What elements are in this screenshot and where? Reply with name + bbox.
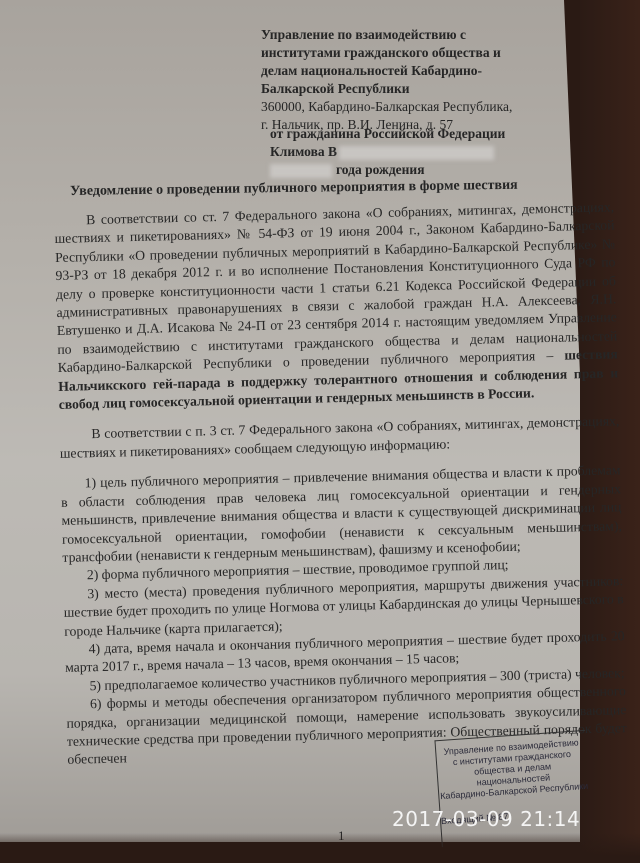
addressee-line: институтами гражданского общества и	[261, 44, 512, 62]
addressee-address: 360000, Кабардино-Балкарская Республика,	[261, 98, 512, 116]
sender-name: Климова В	[270, 144, 337, 159]
addressee-line: Балкарской Республики	[261, 80, 512, 98]
addressee-line: делам национальностей Кабардино-	[261, 62, 512, 80]
sender-block: от гражданина Российской Федерации Климо…	[270, 125, 505, 179]
redacted-birth-date	[270, 164, 332, 178]
photo-timestamp: 2017-03-09 21:14	[392, 807, 580, 831]
bottom-shadow	[0, 833, 640, 863]
paragraph-intro: В соответствии со ст. 7 Федерального зак…	[54, 198, 619, 414]
birth-suffix: года рождения	[336, 162, 425, 177]
sender-line: от гражданина Российской Федерации	[270, 125, 505, 143]
paragraph-intro-text: В соответствии со ст. 7 Федерального зак…	[54, 199, 617, 375]
list-item: 1) цель публичного мероприятия – привлеч…	[60, 462, 622, 568]
addressee-block: Управление по взаимодействию с института…	[261, 26, 512, 134]
addressee-line: Управление по взаимодействию с	[261, 26, 512, 44]
redacted-name	[339, 146, 494, 160]
document-body: В соответствии со ст. 7 Федерального зак…	[54, 198, 627, 769]
